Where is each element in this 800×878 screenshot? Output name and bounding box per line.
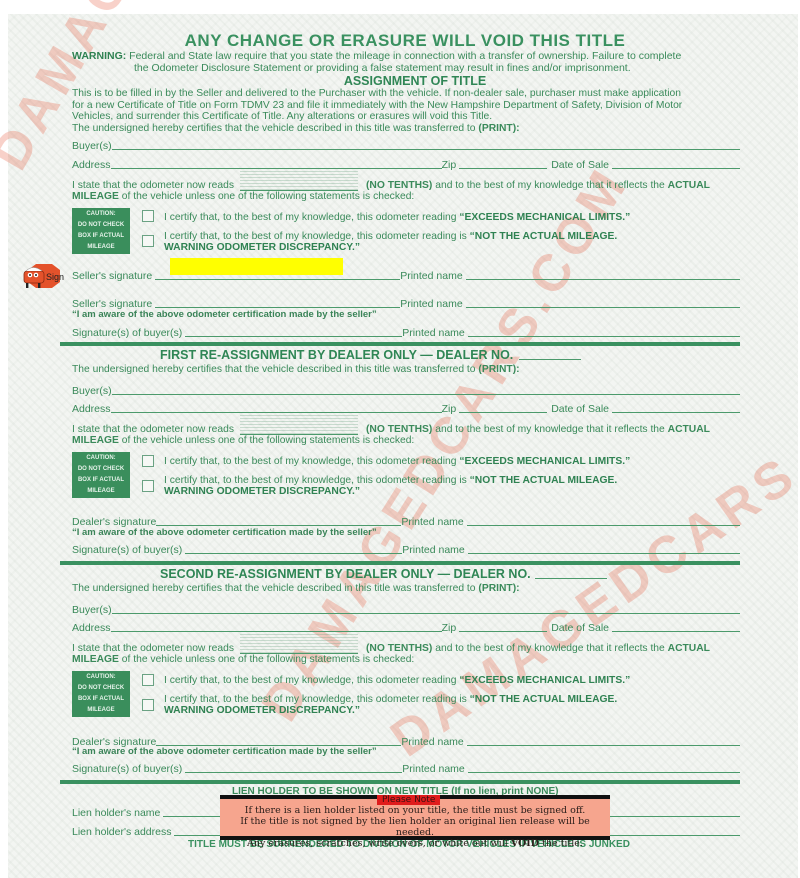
certifies-text: The undersigned hereby certifies that th…: [72, 364, 476, 375]
printed-name-label: Printed name: [402, 327, 464, 339]
not-actual-mileage-statement: I certify that, to the best of my knowle…: [164, 231, 617, 253]
exceeds-limits-statement: I certify that, to the best of my knowle…: [164, 675, 630, 686]
buyer-signature-label: Signature(s) of buyer(s): [72, 327, 182, 339]
address-label: Address: [72, 403, 111, 415]
statement-bold: “EXCEEDS MECHANICAL LIMITS.”: [459, 675, 630, 686]
note-line: If there is a lien holder listed on your…: [220, 805, 610, 816]
zip-label: Zip: [442, 403, 457, 415]
statement-bold: WARNING ODOMETER DISCREPANCY.”: [164, 705, 360, 716]
note-line: If the title is not signed by the lien h…: [220, 816, 610, 838]
caution-box: CAUTION:DO NOT CHECKBOX IF ACTUALMILEAGE: [72, 452, 130, 498]
odometer-reading-field[interactable]: [240, 632, 358, 654]
warning-line: Federal and State law require that you s…: [129, 50, 681, 62]
buyer-signature-label: Signature(s) of buyer(s): [72, 544, 182, 556]
please-note-banner: Please Note If there is a lien holder li…: [220, 795, 610, 840]
buyer-signature-field[interactable]: [185, 336, 402, 337]
assignment-title: ASSIGNMENT OF TITLE: [0, 74, 800, 88]
first-reassignment-title: FIRST RE-ASSIGNMENT BY DEALER ONLY — DEA…: [160, 348, 581, 362]
exceeds-limits-checkbox[interactable]: [142, 455, 154, 467]
not-actual-mileage-checkbox[interactable]: [142, 480, 154, 492]
odometer-statement: I state that the odometer now reads (NO …: [72, 638, 752, 666]
statement-bold: “NOT THE ACTUAL MILEAGE.: [470, 694, 618, 705]
date-of-sale-label: Date of Sale: [551, 403, 609, 415]
not-actual-mileage-statement: I certify that, to the best of my knowle…: [164, 475, 617, 497]
certifies-text: The undersigned hereby certifies that th…: [72, 583, 742, 595]
printed-name-field[interactable]: [467, 745, 740, 746]
dealer-signature-row: Dealer's signature Printed name: [72, 514, 740, 528]
caution-text: MILEAGE: [72, 705, 130, 716]
zip-input-line[interactable]: [459, 631, 547, 632]
printed-name-label: Printed name: [400, 298, 462, 310]
statement-text: I certify that, to the best of my knowle…: [164, 675, 456, 686]
intro-line: This is to be filled in by the Seller an…: [72, 88, 742, 100]
exceeds-limits-statement: I certify that, to the best of my knowle…: [164, 212, 630, 223]
mileage-label: MILEAGE: [72, 191, 119, 202]
lien-holder-address-label: Lien holder's address: [72, 826, 171, 838]
caution-text: BOX IF ACTUAL: [72, 231, 130, 242]
second-reassignment-title: SECOND RE-ASSIGNMENT BY DEALER ONLY — DE…: [160, 567, 607, 581]
odometer-text: of the vehicle unless one of the followi…: [122, 435, 415, 446]
caution-text: MILEAGE: [72, 486, 130, 497]
section-divider: [60, 342, 740, 346]
warning-label: WARNING:: [72, 50, 126, 62]
printed-name-label: Printed name: [401, 736, 463, 748]
date-of-sale-input-line[interactable]: [612, 631, 740, 632]
dealer-signature-field[interactable]: [156, 525, 401, 526]
odometer-text: and to the best of my knowledge that it …: [435, 180, 665, 192]
address-label: Address: [72, 159, 111, 171]
actual-label: ACTUAL: [668, 643, 710, 655]
certifies-text: The undersigned hereby certifies that th…: [72, 123, 476, 134]
statement-bold: “NOT THE ACTUAL MILEAGE.: [470, 475, 618, 486]
caution-text: BOX IF ACTUAL: [72, 694, 130, 705]
caution-text: CAUTION:: [72, 453, 130, 464]
not-actual-mileage-checkbox[interactable]: [142, 235, 154, 247]
address-row: Address Zip Date of Sale: [72, 620, 740, 634]
warning-text: WARNING: Federal and State law require t…: [72, 50, 732, 74]
caution-text: BOX IF ACTUAL: [72, 475, 130, 486]
buyer-signature-label: Signature(s) of buyer(s): [72, 763, 182, 775]
printed-name-field[interactable]: [468, 772, 740, 773]
odometer-label: I state that the odometer now reads: [72, 424, 234, 436]
printed-name-field[interactable]: [468, 553, 740, 554]
zip-label: Zip: [442, 159, 457, 171]
odometer-aware-quote: “I am aware of the above odometer certif…: [72, 746, 377, 757]
printed-name-field[interactable]: [467, 525, 740, 526]
address-label: Address: [72, 622, 111, 634]
dealer-no-field[interactable]: [535, 578, 607, 579]
odometer-label: I state that the odometer now reads: [72, 643, 234, 655]
no-tenths-label: (NO TENTHS): [366, 643, 432, 655]
seller-signature-row-2: Seller's signature Printed name: [72, 296, 740, 310]
date-of-sale-label: Date of Sale: [551, 622, 609, 634]
printed-name-field[interactable]: [468, 336, 740, 337]
section-title: SECOND RE-ASSIGNMENT BY DEALER ONLY — DE…: [160, 567, 531, 581]
caution-box: CAUTION:DO NOT CHECKBOX IF ACTUALMILEAGE: [72, 208, 130, 254]
void-warning-title: ANY CHANGE OR ERASURE WILL VOID THIS TIT…: [0, 31, 800, 51]
odometer-aware-quote: “I am aware of the above odometer certif…: [72, 527, 377, 538]
printed-name-field[interactable]: [466, 307, 740, 308]
no-tenths-label: (NO TENTHS): [366, 424, 432, 436]
buyer-signature-row: Signature(s) of buyer(s) Printed name: [72, 325, 740, 339]
printed-name-field[interactable]: [466, 279, 740, 280]
not-actual-mileage-checkbox[interactable]: [142, 699, 154, 711]
exceeds-limits-checkbox[interactable]: [142, 210, 154, 222]
buyers-label: Buyer(s): [72, 385, 112, 397]
not-actual-mileage-statement: I certify that, to the best of my knowle…: [164, 694, 617, 716]
intro-line: Vehicles, and surrender this Certificate…: [72, 111, 742, 123]
caution-text: DO NOT CHECK: [72, 464, 130, 475]
section-title: FIRST RE-ASSIGNMENT BY DEALER ONLY — DEA…: [160, 348, 513, 362]
caution-text: CAUTION:: [72, 672, 130, 683]
statement-text: I certify that, to the best of my knowle…: [164, 212, 456, 223]
lien-holder-name-label: Lien holder's name: [72, 807, 160, 819]
zip-input-line[interactable]: [459, 412, 547, 413]
date-of-sale-input-line[interactable]: [612, 412, 740, 413]
intro-line: for a new Certificate of Title on Form T…: [72, 100, 742, 112]
statement-bold: “NOT THE ACTUAL MILEAGE.: [470, 231, 618, 242]
buyer-signature-field[interactable]: [185, 772, 402, 773]
buyers-field[interactable]: Buyer(s): [72, 383, 740, 397]
statement-bold: “EXCEEDS MECHANICAL LIMITS.”: [459, 456, 630, 467]
statement-text: I certify that, to the best of my knowle…: [164, 456, 456, 467]
seller-signature-row: Seller's signature Printed name: [72, 268, 740, 282]
odometer-text: of the vehicle unless one of the followi…: [122, 654, 415, 665]
buyers-input-line[interactable]: [112, 394, 740, 395]
warning-line: the Odometer Disclosure Statement or pro…: [72, 62, 732, 74]
statement-text: I certify that, to the best of my knowle…: [164, 694, 467, 705]
mileage-label: MILEAGE: [72, 435, 119, 446]
odometer-text: and to the best of my knowledge that it …: [435, 643, 665, 655]
seller-signature-label: Seller's signature: [72, 270, 152, 282]
exceeds-limits-checkbox[interactable]: [142, 674, 154, 686]
actual-label: ACTUAL: [668, 180, 710, 192]
printed-name-label: Printed name: [402, 544, 464, 556]
odometer-label: I state that the odometer now reads: [72, 180, 234, 192]
statement-bold: WARNING ODOMETER DISCREPANCY.”: [164, 242, 360, 253]
seller-signature-field[interactable]: [155, 307, 400, 308]
buyers-label: Buyer(s): [72, 140, 112, 152]
sign-here-car-icon: Sign: [22, 262, 72, 290]
seller-signature-field[interactable]: [155, 279, 400, 280]
note-line: the title.: [542, 838, 583, 849]
certifies-text: The undersigned hereby certifies that th…: [72, 364, 742, 376]
print-label: (PRINT):: [478, 364, 519, 375]
zip-input-line[interactable]: [459, 168, 547, 169]
buyers-input-line[interactable]: [112, 149, 740, 150]
odometer-text: of the vehicle unless one of the followi…: [122, 191, 415, 202]
address-row: Address Zip Date of Sale: [72, 401, 740, 415]
svg-text:Sign: Sign: [46, 272, 64, 282]
buyers-field[interactable]: Buyer(s): [72, 602, 740, 616]
statement-bold: “EXCEEDS MECHANICAL LIMITS.”: [459, 212, 630, 223]
note-line: Any erasures, scratches, write overs, or…: [247, 838, 508, 849]
mileage-label: MILEAGE: [72, 654, 119, 665]
statement-text: I certify that, to the best of my knowle…: [164, 475, 467, 486]
no-tenths-label: (NO TENTHS): [366, 180, 432, 192]
print-label: (PRINT):: [478, 123, 519, 134]
buyer-signature-row: Signature(s) of buyer(s) Printed name: [72, 761, 740, 775]
caution-text: MILEAGE: [72, 242, 130, 253]
section-divider: [60, 561, 740, 565]
odometer-statement: I state that the odometer now reads (NO …: [72, 419, 752, 447]
printed-name-label: Printed name: [401, 516, 463, 528]
caution-text: CAUTION:: [72, 209, 130, 220]
printed-name-label: Printed name: [402, 763, 464, 775]
odometer-reading-field[interactable]: [240, 413, 358, 435]
caution-text: DO NOT CHECK: [72, 220, 130, 231]
odometer-statement: I state that the odometer now reads (NO …: [72, 175, 752, 203]
void-emphasis: VOID: [511, 838, 539, 849]
zip-label: Zip: [442, 622, 457, 634]
buyer-signature-field[interactable]: [185, 553, 402, 554]
statement-bold: WARNING ODOMETER DISCREPANCY.”: [164, 486, 360, 497]
actual-label: ACTUAL: [668, 424, 710, 436]
exceeds-limits-statement: I certify that, to the best of my knowle…: [164, 456, 630, 467]
buyers-field[interactable]: Buyer(s): [72, 138, 740, 152]
dealer-no-field[interactable]: [519, 359, 581, 360]
date-of-sale-label: Date of Sale: [551, 159, 609, 171]
section-divider: [60, 780, 740, 784]
odometer-aware-quote: “I am aware of the above odometer certif…: [72, 309, 377, 320]
odometer-text: and to the best of my knowledge that it …: [435, 424, 665, 436]
address-row: Address Zip Date of Sale: [72, 157, 740, 171]
buyers-label: Buyer(s): [72, 604, 112, 616]
certifies-text: The undersigned hereby certifies that th…: [72, 583, 476, 594]
caution-text: DO NOT CHECK: [72, 683, 130, 694]
print-label: (PRINT):: [478, 583, 519, 594]
printed-name-label: Printed name: [400, 270, 462, 282]
buyer-signature-row: Signature(s) of buyer(s) Printed name: [72, 542, 740, 556]
assignment-intro: This is to be filled in by the Seller an…: [72, 88, 742, 134]
statement-text: I certify that, to the best of my knowle…: [164, 231, 467, 242]
date-of-sale-input-line[interactable]: [612, 168, 740, 169]
please-note-tag: Please Note: [377, 795, 440, 805]
buyers-input-line[interactable]: [112, 613, 740, 614]
caution-box: CAUTION:DO NOT CHECKBOX IF ACTUALMILEAGE: [72, 671, 130, 717]
odometer-reading-field[interactable]: [240, 169, 358, 191]
